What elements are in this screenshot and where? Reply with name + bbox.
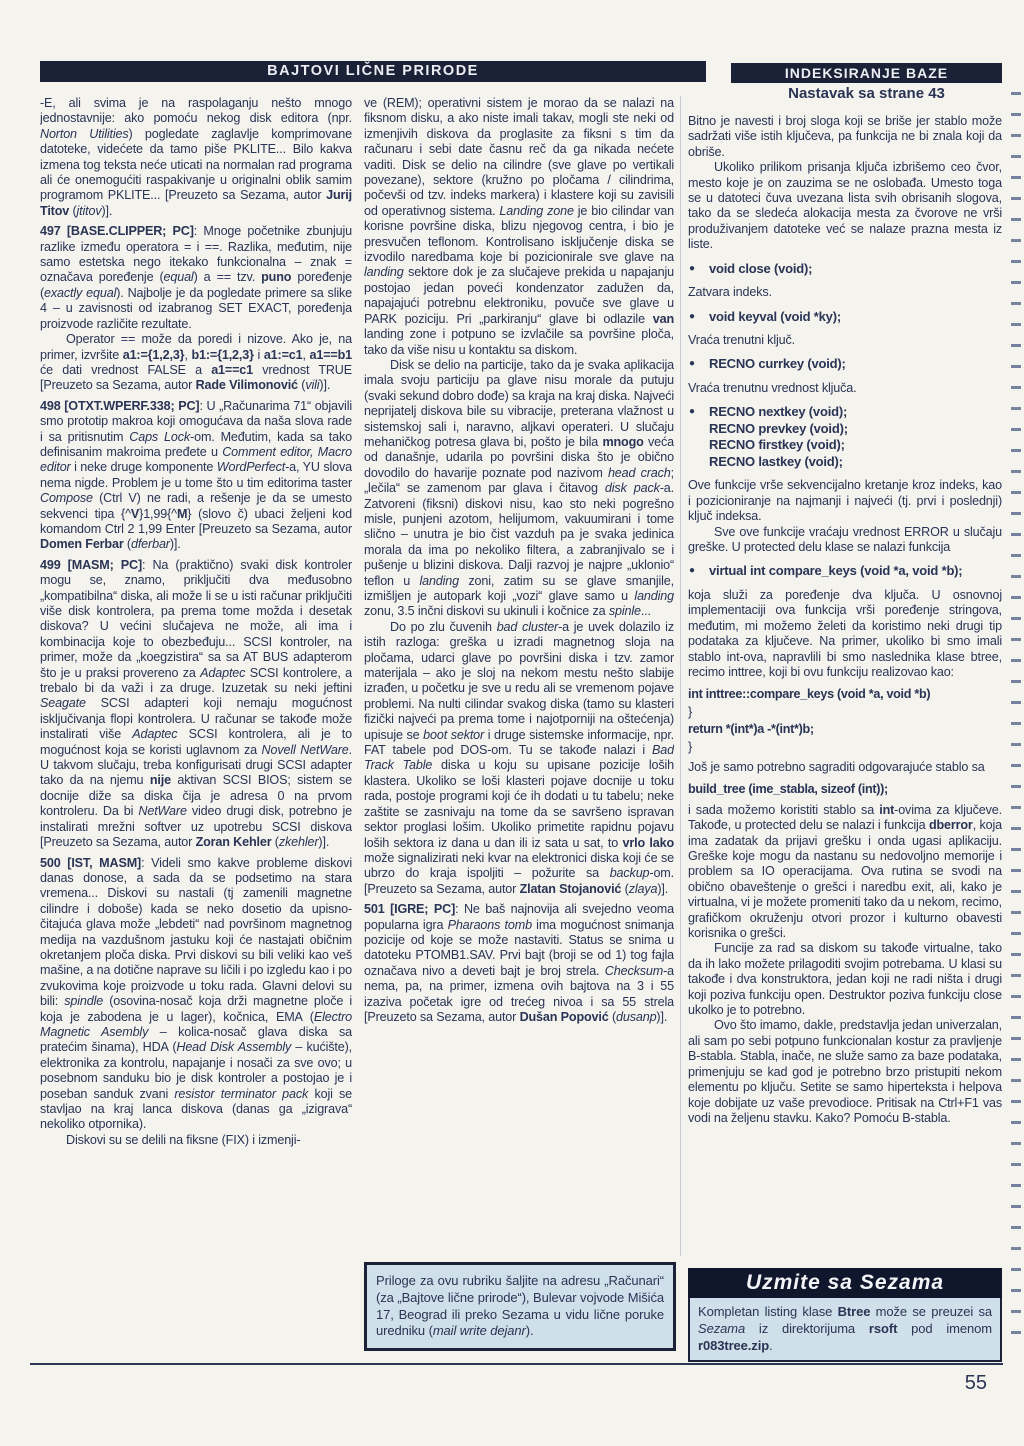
section-divider-rule — [680, 96, 681, 1256]
function-signature-item: ●void close (void); — [688, 261, 1002, 278]
bold-text: 501 [IGRE; PC] — [364, 902, 455, 916]
italic-text: Landing zone — [499, 204, 573, 218]
bullet-icon: ● — [688, 309, 709, 326]
bold-text: nije — [150, 773, 171, 787]
italic-text: Novell NetWare — [262, 743, 349, 757]
paragraph: Sve ove funkcije vraćaju vrednost ERROR … — [688, 525, 1002, 556]
code-line: int inttree::compare_keys (void *a, void… — [688, 687, 1002, 702]
section-header-bajtovi: BAJTOVI LIČNE PRIRODE — [40, 61, 706, 82]
italic-text: exactly equal — [44, 286, 116, 300]
bold-text: van — [653, 312, 674, 326]
paragraph: Ove funkcije vrše sekvencijalno kretanje… — [688, 478, 1002, 524]
italic-text: Caps Lock — [129, 430, 190, 444]
bold-text: int — [879, 803, 894, 817]
italic-text: bad cluster — [497, 620, 558, 634]
bullet-icon: ● — [688, 261, 709, 278]
sezam-box-text: Kompletan listing klase Btree može se pr… — [688, 1298, 1002, 1362]
function-signature-item: ●RECNO nextkey (void);RECNO prevkey (voi… — [688, 404, 1002, 470]
bold-text: puno — [261, 270, 291, 284]
italic-text: Electro Magnetic Asembly — [40, 1010, 352, 1039]
sezam-box-title: Uzmite sa Sezama — [688, 1268, 1002, 1298]
code-line: build_tree (ime_stabla, sizeof (int)); — [688, 782, 1002, 797]
function-signature-text: RECNO currkey (void); — [709, 356, 846, 373]
paragraph: Još je samo potrebno sagraditi odgovaraj… — [688, 760, 1002, 775]
bold-text: 497 [BASE.CLIPPER; PC] — [40, 224, 194, 238]
paragraph: Ukoliko prilikom prisanja ključa izbriše… — [688, 160, 1002, 252]
function-signature-item: ●virtual int compare_keys (void *a, void… — [688, 563, 1002, 580]
bold-text: 498 [OTXT.WPERF.338; PC] — [40, 399, 199, 413]
code-line: } — [688, 705, 1002, 720]
article-column-1: -E, ali svima je na raspolaganju nešto m… — [40, 96, 352, 1358]
paragraph: i sada možemo koristiti stablo sa int-ov… — [688, 803, 1002, 942]
italic-text: landing — [364, 265, 404, 279]
bold-text: V — [131, 507, 139, 521]
paragraph: Diskovi su se delili na fiksne (FIX) i i… — [40, 1133, 352, 1148]
italic-text: vili — [305, 378, 319, 392]
bold-text: Btree — [838, 1304, 871, 1319]
submission-address-box: Priloge za ovu rubriku šaljite na adresu… — [364, 1262, 676, 1351]
italic-text: disk pack — [605, 481, 660, 495]
paragraph: Operator == može da poredi i nizove. Ako… — [40, 332, 352, 394]
paragraph: Ovo što imamo, dakle, predstavlja jedan … — [688, 1018, 1002, 1126]
italic-text: Checksum — [605, 964, 663, 978]
article-column-2: ve (REM); operativni sistem je morao da … — [364, 96, 674, 1256]
italic-text: Seagate — [40, 696, 86, 710]
italic-text: equal — [164, 270, 194, 284]
italic-text: mail write dejanr — [433, 1323, 526, 1338]
italic-text: jtitov — [77, 204, 102, 218]
bullet-icon: ● — [688, 356, 709, 373]
italic-text: Compose — [40, 491, 93, 505]
italic-text: Comment editor, Macro editor — [40, 445, 352, 474]
italic-text: dusanp — [616, 1010, 656, 1024]
bold-text: Dušan Popović — [520, 1010, 609, 1024]
footer-rule — [30, 1363, 1003, 1365]
italic-text: head crach — [608, 466, 671, 480]
bold-text: rsoft — [869, 1321, 897, 1336]
italic-text: Adaptec — [132, 727, 177, 741]
italic-text: zlaya — [629, 882, 658, 896]
function-signature-text: RECNO nextkey (void);RECNO prevkey (void… — [709, 404, 848, 470]
paragraph: 501 [IGRE; PC]: Ne baš najnovija ali sve… — [364, 902, 674, 1025]
italic-text: NetWare — [138, 804, 186, 818]
bold-text: b1:={1,2,3} — [191, 348, 253, 362]
paragraph: 498 [OTXT.WPERF.338; PC]: U „Računarima … — [40, 399, 352, 553]
code-line: return *(int*)a -*(int*)b; — [688, 722, 1002, 737]
bold-text: dberror — [929, 818, 973, 832]
paragraph: Bitno je navesti i broj sloga koji se br… — [688, 114, 1002, 160]
paragraph: Vraća trenutnu vrednost ključa. — [688, 381, 1002, 396]
bold-text: a1:=c1 — [264, 348, 303, 362]
paragraph: -E, ali svima je na raspolaganju nešto m… — [40, 96, 352, 219]
bold-text: mnogo — [602, 435, 643, 449]
paragraph: Vraća trenutni ključ. — [688, 333, 1002, 348]
page-edge-marks — [1011, 92, 1021, 1336]
continuation-note: Nastavak sa strane 43 — [731, 85, 1002, 102]
bold-text: r083tree.zip — [698, 1338, 769, 1353]
italic-text: Sezama — [698, 1321, 745, 1336]
bold-text: Domen Ferbar — [40, 537, 124, 551]
italic-text: Head Disk Assembly — [176, 1040, 291, 1054]
sezam-download-box: Uzmite sa Sezama Kompletan listing klase… — [688, 1268, 1002, 1362]
paragraph: koja služi za poređenje dva ključa. U os… — [688, 588, 1002, 680]
italic-text: WordPerfect — [217, 460, 285, 474]
paragraph: ve (REM); operativni sistem je morao da … — [364, 96, 674, 358]
bold-text: 499 [MASM; PC] — [40, 558, 142, 572]
italic-text: spinle — [609, 604, 641, 618]
function-signature-text: void close (void); — [709, 261, 812, 278]
bold-text: a1:={1,2,3} — [123, 348, 185, 362]
bold-text: a1==b1 — [309, 348, 352, 362]
bold-text: Rade Vilimonović — [196, 378, 298, 392]
function-signature-item: ●RECNO currkey (void); — [688, 356, 1002, 373]
bold-text: 500 [IST, MASM] — [40, 856, 141, 870]
italic-text: landing — [634, 589, 674, 603]
bold-text: vrlo lako — [623, 836, 675, 850]
paragraph: Zatvara indeks. — [688, 285, 1002, 300]
italic-text: backup — [610, 866, 650, 880]
page-number: 55 — [925, 1372, 987, 1395]
paragraph: Disk se delio na particije, tako da je s… — [364, 358, 674, 620]
paragraph: 500 [IST, MASM]: Videli smo kakve proble… — [40, 856, 352, 1133]
bold-text: a1==c1 — [211, 363, 253, 377]
italic-text: Bad Track Table — [364, 743, 674, 772]
bullet-icon: ● — [688, 404, 709, 470]
function-signature-text: void keyval (void *ky); — [709, 309, 841, 326]
italic-text: Norton Utilities — [40, 127, 128, 141]
italic-text: Adaptec — [200, 666, 245, 680]
italic-text: resistor terminator pack — [174, 1087, 308, 1101]
article-column-3: Bitno je navesti i broj sloga koji se br… — [688, 114, 1002, 1260]
section-header-indeksiranje: INDEKSIRANJE BAZE — [731, 63, 1002, 83]
italic-text: boot sektor — [423, 728, 484, 742]
paragraph: 499 [MASM; PC]: Na (praktično) svaki dis… — [40, 558, 352, 851]
bullet-icon: ● — [688, 563, 709, 580]
italic-text: zkehler — [279, 835, 319, 849]
function-signature-text: virtual int compare_keys (void *a, void … — [709, 563, 962, 580]
bold-text: Zlatan Stojanović — [520, 882, 622, 896]
paragraph: 497 [BASE.CLIPPER; PC]: Mnoge početnike … — [40, 224, 352, 332]
bold-text: M — [177, 507, 187, 521]
italic-text: landing — [419, 574, 459, 588]
italic-text: spindle — [64, 994, 103, 1008]
paragraph: Do po zlu čuvenih bad cluster-a je uvek … — [364, 620, 674, 897]
function-signature-item: ●void keyval (void *ky); — [688, 309, 1002, 326]
paragraph: Funcije za rad sa diskom su takođe virtu… — [688, 941, 1002, 1018]
italic-text: dferbar — [131, 537, 170, 551]
bold-text: Zoran Kehler — [196, 835, 272, 849]
italic-text: Pharaons tomb — [448, 918, 532, 932]
magazine-page: { "header": { "left_title": "BAJTOVI LIČ… — [0, 0, 1024, 1446]
code-line: } — [688, 740, 1002, 755]
